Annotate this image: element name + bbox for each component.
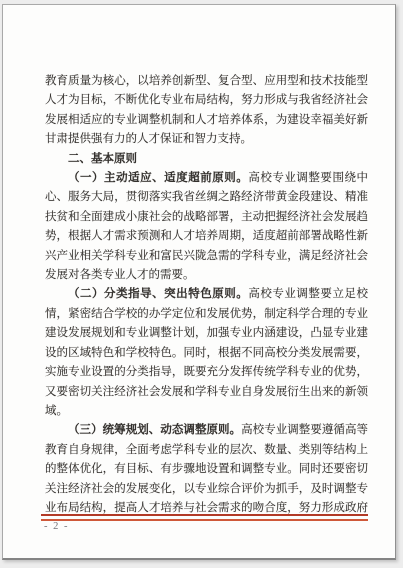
paragraph-principle-2: （二）分类指导、突出特色原则。高校专业调整要立足校情，紧密结合学校的办学定位和发… xyxy=(45,285,368,421)
principle-2-lead: （二）分类指导、突出特色原则。 xyxy=(68,288,248,300)
principle-3-body: 高校专业调整要遵循高等教育自身规律，全面考虑学科专业的层次、数量、类别等结构上的… xyxy=(45,424,368,514)
page-number: - 2 - xyxy=(44,521,69,532)
footer-divider xyxy=(41,514,368,521)
paragraph-principle-1: （一）主动适应、适度超前原则。高校专业调整要围绕中心、服务大局，贯彻落实我省丝绸… xyxy=(45,169,368,285)
section-heading: 二、基本原则 xyxy=(45,150,368,169)
paragraph-principle-3: （三）统筹规划、动态调整原则。高校专业调整要遵循高等教育自身规律，全面考虑学科专… xyxy=(45,421,368,514)
principle-1-body: 高校专业调整要围绕中心、服务大局，贯彻落实我省丝绸之路经济带黄金段建设、精准扶贫… xyxy=(45,172,368,281)
document-body: 教育质量为核心，以培养创新型、复合型、应用型和技术技能型人才为目标，不断优化专业… xyxy=(45,72,368,514)
paragraph-intro: 教育质量为核心，以培养创新型、复合型、应用型和技术技能型人才为目标，不断优化专业… xyxy=(45,72,368,150)
principle-3-lead: （三）统筹规划、动态调整原则。 xyxy=(68,424,241,436)
scanned-page: 教育质量为核心，以培养创新型、复合型、应用型和技术技能型人才为目标，不断优化专业… xyxy=(2,4,396,560)
principle-1-lead: （一）主动适应、适度超前原则。 xyxy=(68,172,248,184)
principle-2-body: 高校专业调整要立足校情，紧密结合学校的办学定位和发展优势，制定科学合理的专业建设… xyxy=(45,288,368,416)
